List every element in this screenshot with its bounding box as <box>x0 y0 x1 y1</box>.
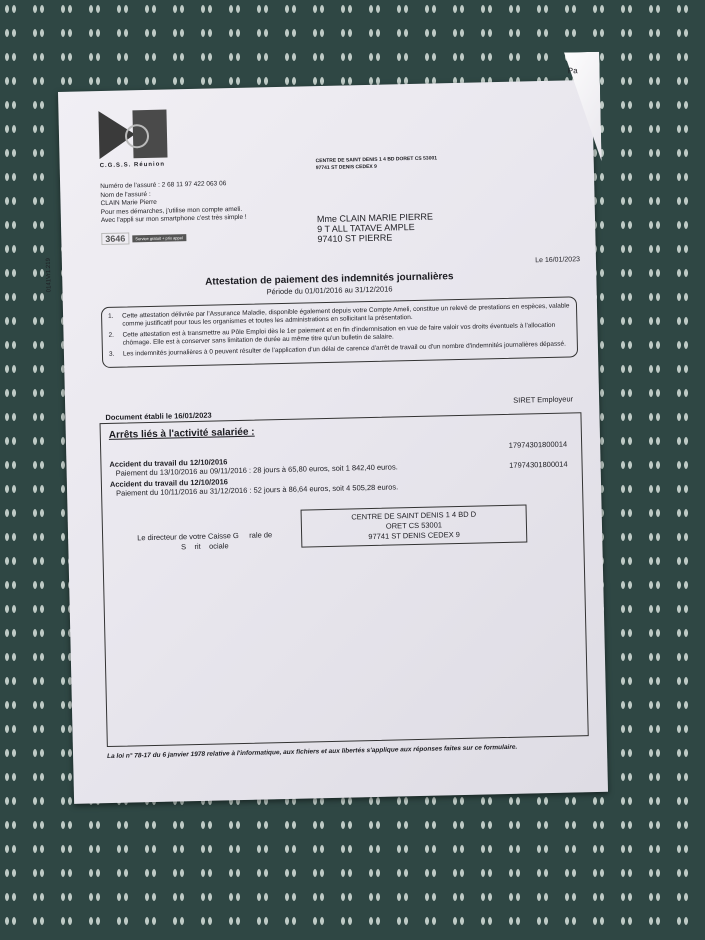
phone-badge: 3646 Service gratuit + prix appel <box>101 231 186 245</box>
sender-line-2: 97741 ST DENIS CEDEX 9 <box>316 162 438 172</box>
note-number: 1. <box>108 313 122 329</box>
insured-info: Numéro de l'assuré : 2 68 11 97 422 063 … <box>100 180 247 226</box>
sender-address: CENTRE DE SAINT DENIS 1 4 BD DORET CS 53… <box>316 155 438 172</box>
org-logo-label: C.G.S.S. Réunion <box>100 162 165 169</box>
entry-row: Accident du travail du 12/10/2016 Paieme… <box>110 473 398 498</box>
cgss-logo-icon <box>98 110 167 160</box>
phone-number: 3646 <box>101 232 129 245</box>
phone-tag: Service gratuit + prix appel <box>132 234 186 242</box>
center-address-box: CENTRE DE SAINT DENIS 1 4 BD D ORET CS 5… <box>301 504 528 547</box>
director-signature: Le directeur de votre Caisse G rale de S… <box>137 530 272 553</box>
work-stoppage-box: Arrêts liés à l'activité salariée : Acci… <box>100 412 589 747</box>
attestation-document: Pa C.G.S.S. Réunion Numéro de l'assuré :… <box>58 80 608 804</box>
recipient-line-3: 97410 ST PIERRE <box>317 232 433 245</box>
document-date: Le 16/01/2023 <box>535 256 580 264</box>
note-number: 3. <box>109 351 123 359</box>
notes-box: 1.Cette attestation délivrée par l'Assur… <box>101 296 578 368</box>
form-code: 0141Vr1.219 <box>46 258 53 292</box>
page-corner-label: Pa <box>568 66 578 75</box>
siret-header: SIRET Employeur <box>513 394 573 404</box>
law-notice: La loi n° 78-17 du 6 janvier 1978 relati… <box>107 744 517 760</box>
folded-corner <box>555 52 601 163</box>
entry-siret: 17974301800014 <box>509 460 568 470</box>
entry-siret: 17974301800014 <box>509 440 568 450</box>
recipient-address: Mme CLAIN MARIE PIERRE 9 T ALL TATAVE AM… <box>317 212 434 245</box>
note-number: 2. <box>108 332 122 348</box>
section-title: Arrêts liés à l'activité salariée : <box>109 427 255 441</box>
